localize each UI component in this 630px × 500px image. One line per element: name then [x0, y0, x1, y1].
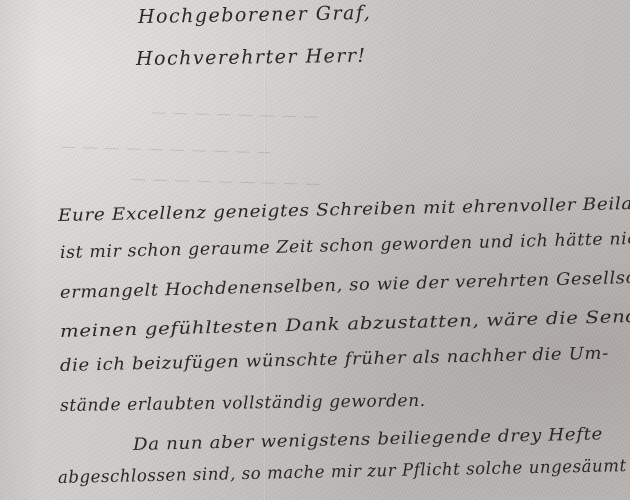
- body-line-5: die ich beizufügen wünschte früher als n…: [60, 344, 609, 376]
- body-line-3: ermangelt Hochdenenselben, so wie der ve…: [60, 267, 630, 303]
- salutation-line-2: Hochverehrter Herr!: [136, 45, 367, 70]
- body-line-7: Da nun aber wenigstens beiliegende drey …: [133, 424, 603, 455]
- letter-page: — — — — — — — — — — — — — — — — — — — — …: [0, 0, 630, 500]
- body-line-6: stände erlaubten vollständig geworden.: [60, 391, 426, 416]
- body-line-2: ist mir schon geraume Zeit schon geworde…: [60, 228, 630, 263]
- body-line-1: Eure Excellenz geneigtes Schreiben mit e…: [58, 193, 630, 226]
- bleed-through-line: — — — — — — — — — —: [60, 137, 272, 161]
- bleed-through-line: — — — — — — — —: [150, 103, 319, 125]
- sheet-edge-shadow: [0, 0, 40, 500]
- salutation-line-1: Hochgeborener Graf,: [138, 2, 372, 28]
- body-line-4: meinen gefühltesten Dank abzustatten, wä…: [60, 306, 630, 342]
- body-line-8: abgeschlossen sind, so mache mir zur Pfl…: [58, 456, 627, 488]
- bleed-through-line: — — — — — — — — —: [130, 170, 321, 193]
